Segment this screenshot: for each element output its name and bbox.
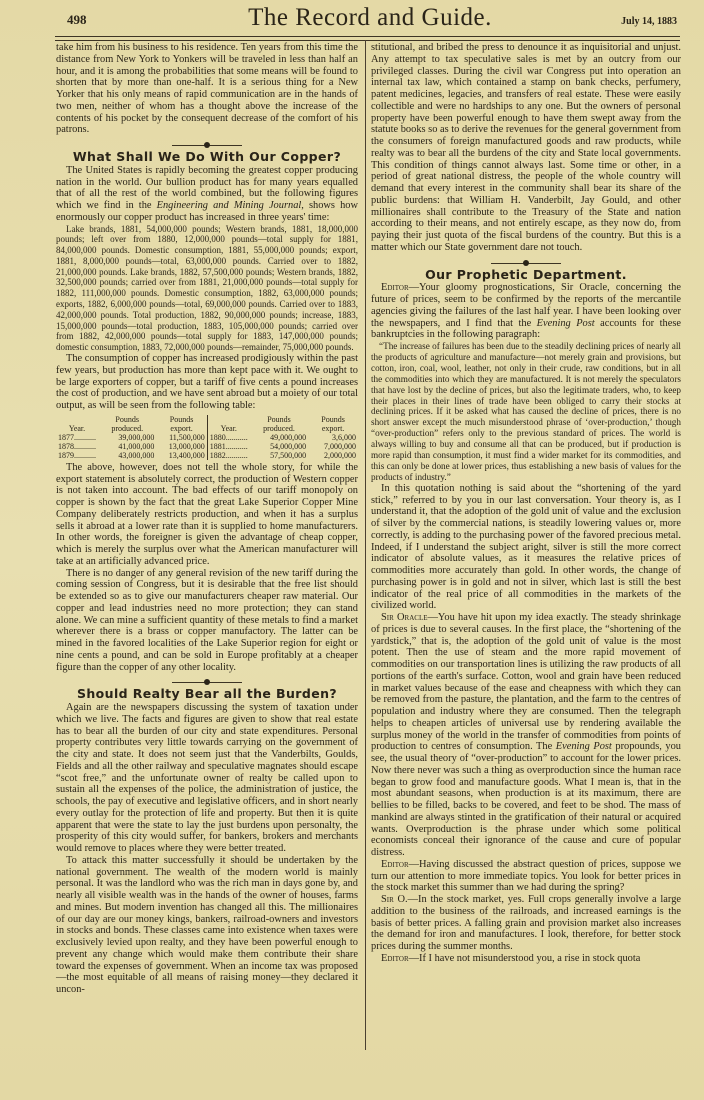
- speaker-label: Sir Oracle: [381, 612, 428, 623]
- speaker-label: Sir O.: [381, 894, 408, 905]
- table-cell: 7,000,000: [308, 442, 358, 451]
- source-citation: Evening Post: [556, 741, 612, 752]
- prophetic-paragraph-5: Sir O.—In the stock market, yes. Full cr…: [371, 894, 681, 953]
- table-row: 1877........... 39,000,000 11,500,000 18…: [56, 433, 358, 442]
- table-cell: 43,000,000: [98, 451, 156, 460]
- text-span: —Having discussed the abstract question …: [371, 859, 681, 894]
- table-cell: 57,500,000: [250, 451, 308, 460]
- continued-paragraph: take him from his business to his reside…: [56, 42, 358, 136]
- table-cell: 1880...........: [207, 433, 250, 442]
- table-cell: 1877...........: [56, 433, 98, 442]
- table-cell: 13,000,000: [156, 442, 207, 451]
- prophetic-article-heading: Our Prophetic Department.: [371, 269, 681, 281]
- realty-paragraph-1: Again are the newspapers discussing the …: [56, 702, 358, 855]
- table-cell: 3,6,000: [308, 433, 358, 442]
- source-citation: Engineering and Mining Journal: [157, 200, 302, 211]
- source-citation: Evening Post: [537, 318, 595, 329]
- copper-paragraph-4: The above, however, does not tell the wh…: [56, 462, 358, 568]
- section-separator: [172, 678, 242, 686]
- table-row: 1879........... 43,000,000 13,400,000 18…: [56, 451, 358, 460]
- column-header: Pounds produced.: [250, 415, 308, 433]
- prophetic-paragraph-2: In this quotation nothing is said about …: [371, 483, 681, 612]
- table-cell: 39,000,000: [98, 433, 156, 442]
- column-divider: [365, 40, 366, 1050]
- column-header: Year.: [56, 415, 98, 433]
- issue-date: July 14, 1883: [621, 16, 677, 27]
- table-cell: 1878...........: [56, 442, 98, 451]
- prophetic-paragraph-1: Editor—Your gloomy prognostications, Sir…: [371, 282, 681, 341]
- table-cell: 54,000,000: [250, 442, 308, 451]
- realty-article-heading: Should Realty Bear all the Burden?: [56, 688, 358, 700]
- speaker-label: Editor: [381, 953, 409, 964]
- copper-article-heading: What Shall We Do With Our Copper?: [56, 151, 358, 163]
- table-row: 1878........... 41,000,000 13,000,000 18…: [56, 442, 358, 451]
- text-span: —If I have not misunderstood you, a rise…: [409, 953, 641, 964]
- table-cell: 41,000,000: [98, 442, 156, 451]
- column-header: Year.: [207, 415, 250, 433]
- copper-paragraph-1: The United States is rapidly becoming th…: [56, 165, 358, 224]
- text-span: propounds, you see, the usual theory of …: [371, 741, 681, 858]
- copper-paragraph-5: There is no danger of any general revisi…: [56, 568, 358, 674]
- table-cell: 1879...........: [56, 451, 98, 460]
- table-cell: 11,500,000: [156, 433, 207, 442]
- prophetic-paragraph-6: Editor—If I have not misunderstood you, …: [371, 953, 681, 965]
- realty-paragraph-2: To attack this matter successfully it sh…: [56, 855, 358, 996]
- copper-statistics-paragraph: Lake brands, 1881, 54,000,000 pounds; We…: [56, 224, 358, 354]
- text-span: —In the stock market, yes. Full crops ge…: [371, 894, 681, 952]
- column-header: Pounds produced.: [98, 415, 156, 433]
- column-header: Pounds export.: [308, 415, 358, 433]
- publication-title: The Record and Guide.: [55, 4, 685, 32]
- speaker-label: Editor: [381, 282, 409, 293]
- table-cell: 13,400,000: [156, 451, 207, 460]
- newspaper-page: 498 The Record and Guide. July 14, 1883 …: [0, 0, 704, 1100]
- left-column: take him from his business to his reside…: [56, 42, 358, 996]
- column-header: Pounds export.: [156, 415, 207, 433]
- section-separator: [172, 141, 242, 149]
- table-cell: 1881...........: [207, 442, 250, 451]
- section-separator: [491, 259, 561, 267]
- speaker-label: Editor: [381, 859, 409, 870]
- realty-continued-paragraph: stitutional, and bribed the press to den…: [371, 42, 681, 254]
- block-quote: “The increase of failures has been due t…: [371, 341, 681, 483]
- prophetic-paragraph-3: Sir Oracle—You have hit upon my idea exa…: [371, 612, 681, 859]
- table-header-row: Year. Pounds produced. Pounds export. Ye…: [56, 415, 358, 433]
- table-cell: 1882...........: [207, 451, 250, 460]
- masthead: 498 The Record and Guide. July 14, 1883: [55, 4, 685, 34]
- text-span: —You have hit upon my idea exactly. The …: [371, 612, 681, 752]
- table-cell: 49,000,000: [250, 433, 308, 442]
- table-cell: 2,000,000: [308, 451, 358, 460]
- copper-export-table: Year. Pounds produced. Pounds export. Ye…: [56, 415, 358, 460]
- right-column: stitutional, and bribed the press to den…: [371, 42, 681, 965]
- masthead-rule: [55, 36, 680, 41]
- copper-paragraph-3: The consumption of copper has increased …: [56, 353, 358, 412]
- prophetic-paragraph-4: Editor—Having discussed the abstract que…: [371, 859, 681, 894]
